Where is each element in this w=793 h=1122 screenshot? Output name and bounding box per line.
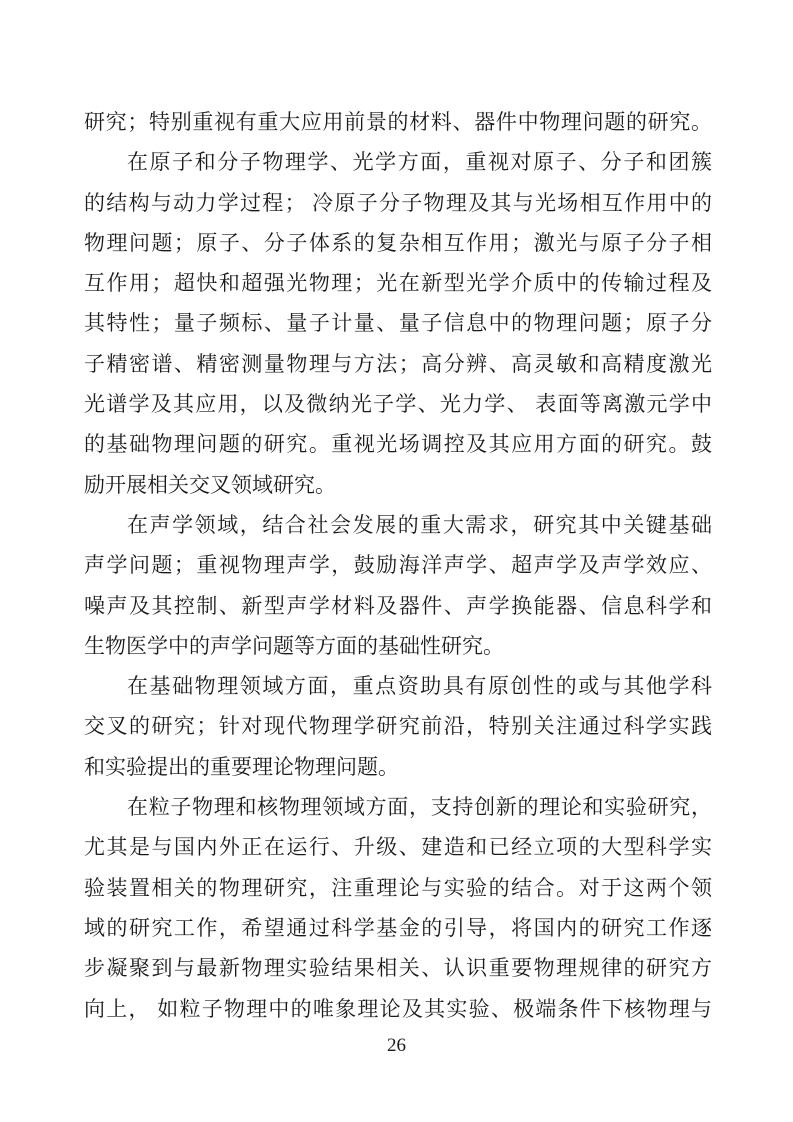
text-line: 生物医学中的声学问题等方面的基础性研究。 bbox=[84, 626, 712, 666]
text-line: 尤其是与国内外正在运行、升级、建造和已经立项的大型科学实 bbox=[84, 827, 712, 867]
text-line: 光谱学及其应用，以及微纳光子学、光力学、 表面等离激元学中 bbox=[84, 384, 712, 424]
text-line: 互作用；超快和超强光物理；光在新型光学介质中的传输过程及 bbox=[84, 263, 712, 303]
text-line: 的结构与动力学过程； 冷原子分子物理及其与光场相互作用中的 bbox=[84, 183, 712, 223]
text-line: 声学问题；重视物理声学，鼓励海洋声学、超声学及声学效应、 bbox=[84, 545, 712, 585]
text-line: 子精密谱、精密测量物理与方法；高分辨、高灵敏和高精度激光 bbox=[84, 344, 712, 384]
text-line: 步凝聚到与最新物理实验结果相关、认识重要物理规律的研究方 bbox=[84, 948, 712, 988]
document-page: 研究；特别重视有重大应用前景的材料、器件中物理问题的研究。在原子和分子物理学、光… bbox=[0, 0, 793, 1122]
text-line: 在原子和分子物理学、光学方面，重视对原子、分子和团簇 bbox=[84, 142, 712, 182]
page-number: 26 bbox=[0, 1032, 793, 1060]
text-line: 其特性；量子频标、量子计量、量子信息中的物理问题；原子分 bbox=[84, 303, 712, 343]
text-line: 在声学领域，结合社会发展的重大需求，研究其中关键基础 bbox=[84, 505, 712, 545]
text-line: 的基础物理问题的研究。重视光场调控及其应用方面的研究。鼓 bbox=[84, 424, 712, 464]
text-line: 在粒子物理和核物理领域方面，支持创新的理论和实验研究， bbox=[84, 787, 712, 827]
text-line: 交叉的研究；针对现代物理学研究前沿，特别关注通过科学实践 bbox=[84, 706, 712, 746]
body-text: 研究；特别重视有重大应用前景的材料、器件中物理问题的研究。在原子和分子物理学、光… bbox=[84, 102, 712, 1029]
text-line: 域的研究工作，希望通过科学基金的引导，将国内的研究工作逐 bbox=[84, 908, 712, 948]
text-line: 在基础物理领域方面，重点资助具有原创性的或与其他学科 bbox=[84, 666, 712, 706]
text-line: 励开展相关交叉领域研究。 bbox=[84, 465, 712, 505]
text-line: 物理问题；原子、分子体系的复杂相互作用；激光与原子分子相 bbox=[84, 223, 712, 263]
text-line: 研究；特别重视有重大应用前景的材料、器件中物理问题的研究。 bbox=[84, 102, 712, 142]
text-line: 和实验提出的重要理论物理问题。 bbox=[84, 747, 712, 787]
text-line: 向上， 如粒子物理中的唯象理论及其实验、极端条件下核物理与 bbox=[84, 989, 712, 1029]
text-line: 噪声及其控制、新型声学材料及器件、声学换能器、信息科学和 bbox=[84, 586, 712, 626]
text-line: 验装置相关的物理研究，注重理论与实验的结合。对于这两个领 bbox=[84, 868, 712, 908]
